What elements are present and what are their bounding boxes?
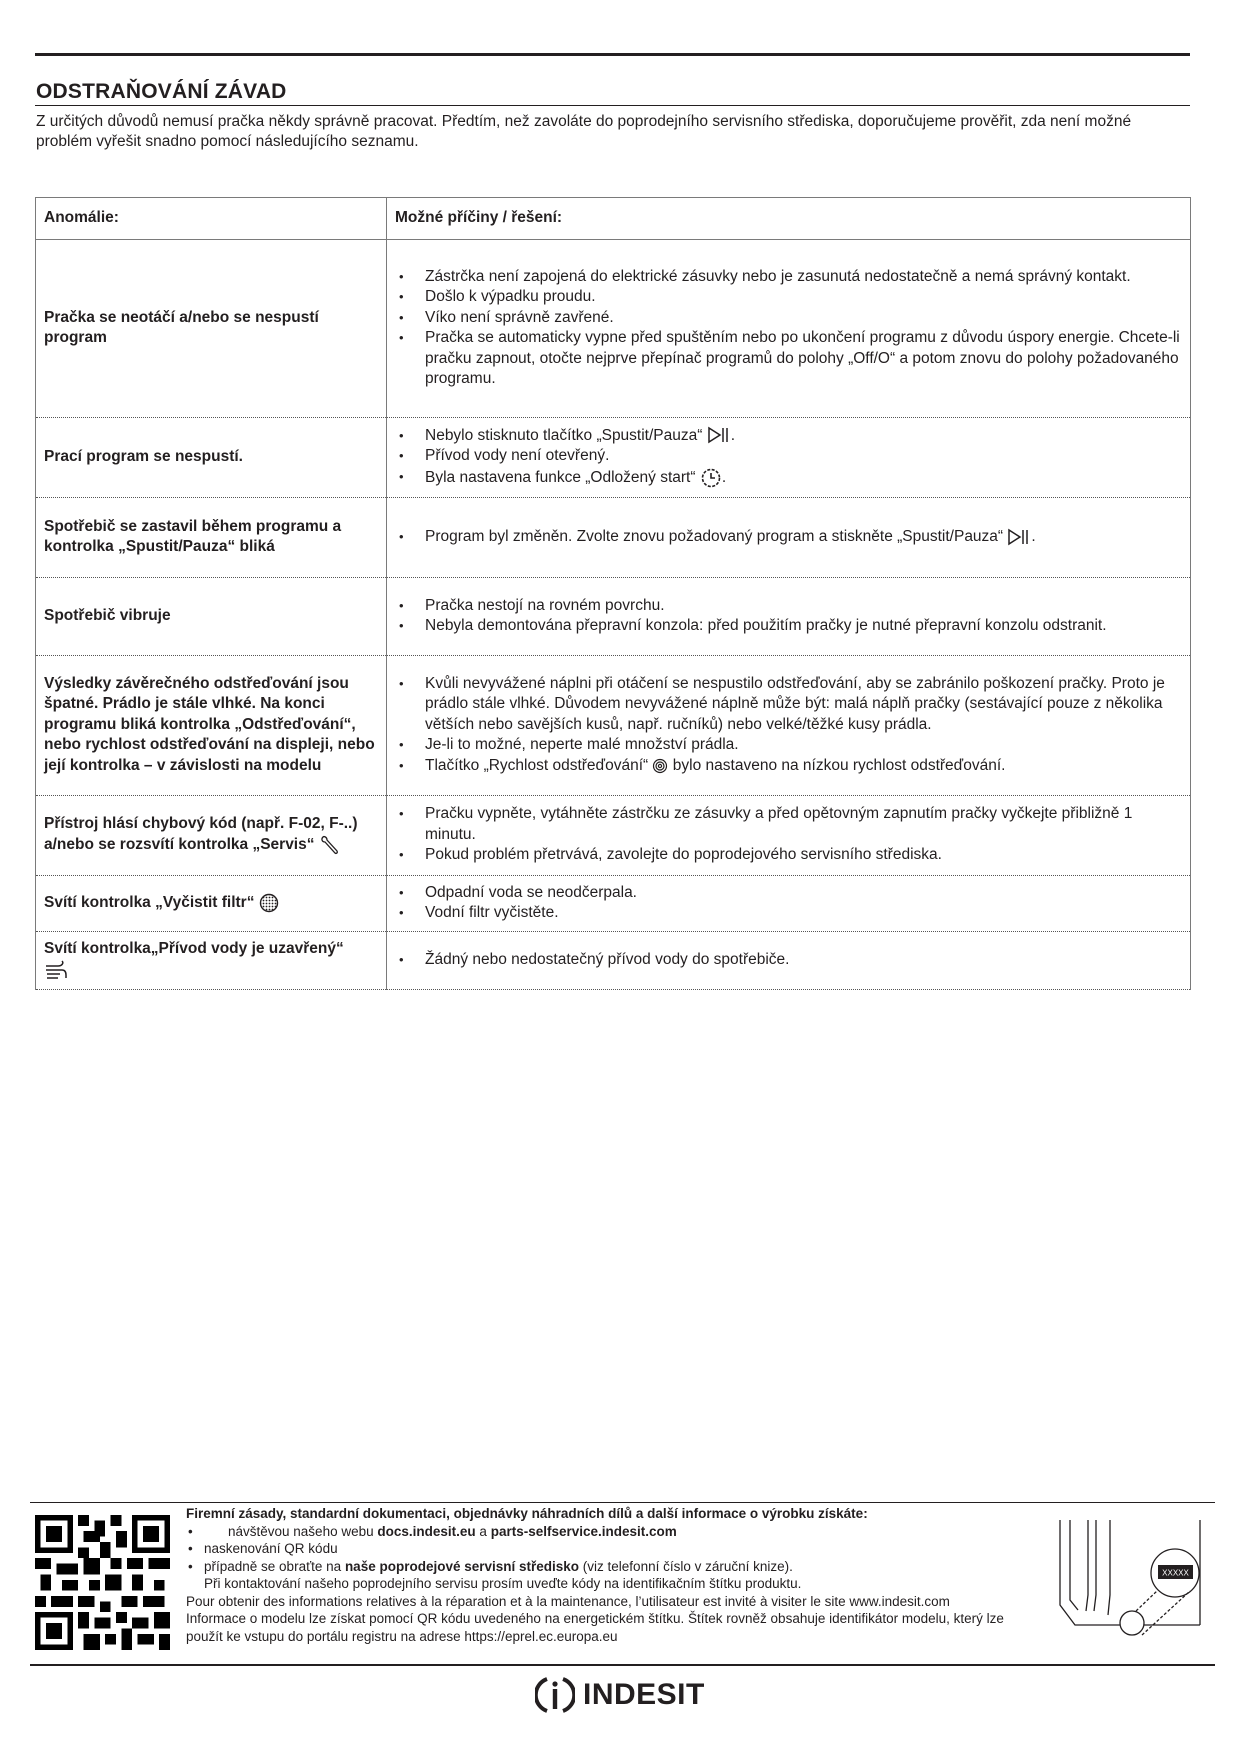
cause-item: Nebyla demontována přepravní konzola: př… [395, 616, 1182, 637]
footer-text: případně se obraťte na [204, 1559, 341, 1574]
footer-item-website: návštěvou našeho webu docs.indesit.eu a … [186, 1523, 1026, 1541]
anomaly-cell: Přístroj hlásí chybový kód (např. F-02, … [36, 795, 387, 875]
cause-item: Byla nastavena funkce „Odložený start“ . [395, 467, 1182, 489]
causes-cell: Kvůli nevyvážené náplni při otáčení se n… [387, 655, 1191, 795]
cause-text: Nebylo stisknuto tlačítko „Spustit/Pauza… [425, 427, 702, 444]
anomaly-text: Přístroj hlásí chybový kód (např. F-02, … [44, 815, 358, 854]
footer-bottom-rule [30, 1664, 1215, 1666]
link-docs[interactable]: docs.indesit.eu [377, 1524, 475, 1539]
footer-contact-note: Při kontaktování našeho poprodejního ser… [186, 1575, 1026, 1593]
play-pause-icon [1007, 528, 1031, 546]
causes-cell: Zástrčka není zapojená do elektrické zás… [387, 239, 1191, 417]
rating-label-illustration: XXXXX [1050, 1515, 1205, 1645]
indesit-logo: INDESIT [535, 1673, 715, 1717]
table-row: Spotřebič se zastavil během programu a k… [36, 497, 1191, 577]
table-row: Prací program se nespustí. Nebylo stiskn… [36, 417, 1191, 497]
cause-item: Je-li to možné, neperte malé množství pr… [395, 735, 1182, 756]
causes-cell: Žádný nebo nedostatečný přívod vody do s… [387, 931, 1191, 989]
footer-text: a [479, 1524, 487, 1539]
clean-filter-icon [259, 893, 279, 913]
play-pause-icon [707, 426, 731, 444]
footer-lead: Firemní zásady, standardní dokumentaci, … [186, 1505, 1026, 1523]
table-row: Výsledky závěrečného odstřeďování jsou š… [36, 655, 1191, 795]
spin-speed-icon [652, 758, 668, 774]
footer-item-qr: naskenování QR kódu [186, 1540, 1026, 1558]
footer-french: Pour obtenir des informations relatives … [186, 1593, 1026, 1611]
cause-item: Pračka nestojí na rovném povrchu. [395, 596, 1182, 617]
table-row: Přístroj hlásí chybový kód (např. F-02, … [36, 795, 1191, 875]
cause-item: Program byl změněn. Zvolte znovu požadov… [395, 527, 1182, 548]
header-anomaly: Anomálie: [36, 198, 387, 240]
anomaly-cell: Pračka se neotáčí a/nebo se nespustí pro… [36, 239, 387, 417]
causes-cell: Nebylo stisknuto tlačítko „Spustit/Pauza… [387, 417, 1191, 497]
troubleshooting-table: Anomálie: Možné příčiny / řešení: Pračka… [35, 197, 1191, 990]
wrench-service-icon [319, 834, 341, 856]
cause-item: Nebylo stisknuto tlačítko „Spustit/Pauza… [395, 426, 1182, 447]
label-code: XXXXX [1162, 1569, 1189, 1578]
brand-name: INDESIT [583, 1678, 705, 1712]
intro-paragraph: Z určitých důvodů nemusí pračka někdy sp… [36, 112, 1186, 152]
causes-cell: Pračka nestojí na rovném povrchu. Nebyla… [387, 577, 1191, 655]
anomaly-text: Svítí kontrolka „Vyčistit filtr“ [44, 894, 254, 911]
title-rule [35, 105, 1190, 106]
footer-text: (viz telefonní číslo v záruční knize). [583, 1559, 793, 1574]
causes-cell: Pračku vypněte, vytáhněte zástrčku ze zá… [387, 795, 1191, 875]
table-row: Spotřebič vibruje Pračka nestojí na rovn… [36, 577, 1191, 655]
table-row: Pračka se neotáčí a/nebo se nespustí pro… [36, 239, 1191, 417]
table-row: Svítí kontrolka„Přívod vody je uzavřený“… [36, 931, 1191, 989]
anomaly-cell: Svítí kontrolka „Vyčistit filtr“ [36, 875, 387, 931]
cause-text: Program byl změněn. Zvolte znovu požadov… [425, 528, 1003, 545]
cause-item: Došlo k výpadku proudu. [395, 287, 1182, 308]
cause-item: Žádný nebo nedostatečný přívod vody do s… [395, 950, 1182, 971]
cause-item: Tlačítko „Rychlost odstřeďování“ bylo na… [395, 756, 1182, 777]
top-rule [35, 53, 1190, 56]
causes-cell: Program byl změněn. Zvolte znovu požadov… [387, 497, 1191, 577]
cause-item: Pračku vypněte, vytáhněte zástrčku ze zá… [395, 804, 1182, 845]
cause-item: Kvůli nevyvážené náplni při otáčení se n… [395, 674, 1182, 736]
anomaly-text: Svítí kontrolka„Přívod vody je uzavřený“ [44, 940, 344, 957]
anomaly-cell: Spotřebič se zastavil během programu a k… [36, 497, 387, 577]
anomaly-cell: Svítí kontrolka„Přívod vody je uzavřený“ [36, 931, 387, 989]
cause-item: Pokud problém přetrvává, zavolejte do po… [395, 845, 1182, 866]
anomaly-cell: Prací program se nespustí. [36, 417, 387, 497]
cause-text: Byla nastavena funkce „Odložený start“ [425, 469, 696, 486]
footer-text: návštěvou našeho webu [204, 1524, 374, 1539]
water-tap-icon [44, 960, 70, 980]
table-row: Svítí kontrolka „Vyčistit filtr“ Odpadní… [36, 875, 1191, 931]
cause-item: Přívod vody není otevřený. [395, 446, 1182, 467]
cause-item: Pračka se automaticky vypne před spuštěn… [395, 328, 1182, 390]
causes-cell: Odpadní voda se neodčerpala. Vodní filtr… [387, 875, 1191, 931]
header-causes: Možné příčiny / řešení: [387, 198, 1191, 240]
qr-code [35, 1515, 170, 1650]
cause-item: Odpadní voda se neodčerpala. [395, 883, 1182, 904]
footer-model-info: Informace o modelu lze získat pomocí QR … [186, 1610, 1026, 1645]
table-header-row: Anomálie: Možné příčiny / řešení: [36, 198, 1191, 240]
delay-start-clock-icon [700, 467, 722, 489]
footer-item-contact: případně se obraťte na naše poprodejové … [186, 1558, 1026, 1576]
anomaly-cell: Výsledky závěrečného odstřeďování jsou š… [36, 655, 387, 795]
cause-item: Vodní filtr vyčistěte. [395, 903, 1182, 924]
cause-item: Víko není správně zavřené. [395, 308, 1182, 329]
page-title: ODSTRAŇOVÁNÍ ZÁVAD [36, 80, 287, 104]
footer-top-rule [30, 1502, 1215, 1503]
cause-text: Tlačítko „Rychlost odstřeďování“ [425, 757, 648, 774]
cause-text: bylo nastaveno na nízkou rychlost odstře… [673, 757, 1006, 774]
footer-info: Firemní zásady, standardní dokumentaci, … [186, 1505, 1026, 1645]
link-parts[interactable]: parts-selfservice.indesit.com [491, 1524, 677, 1539]
indesit-i-icon [535, 1675, 575, 1715]
cause-item: Zástrčka není zapojená do elektrické zás… [395, 267, 1182, 288]
anomaly-cell: Spotřebič vibruje [36, 577, 387, 655]
footer-text: naše poprodejové servisní středisko [345, 1559, 579, 1574]
